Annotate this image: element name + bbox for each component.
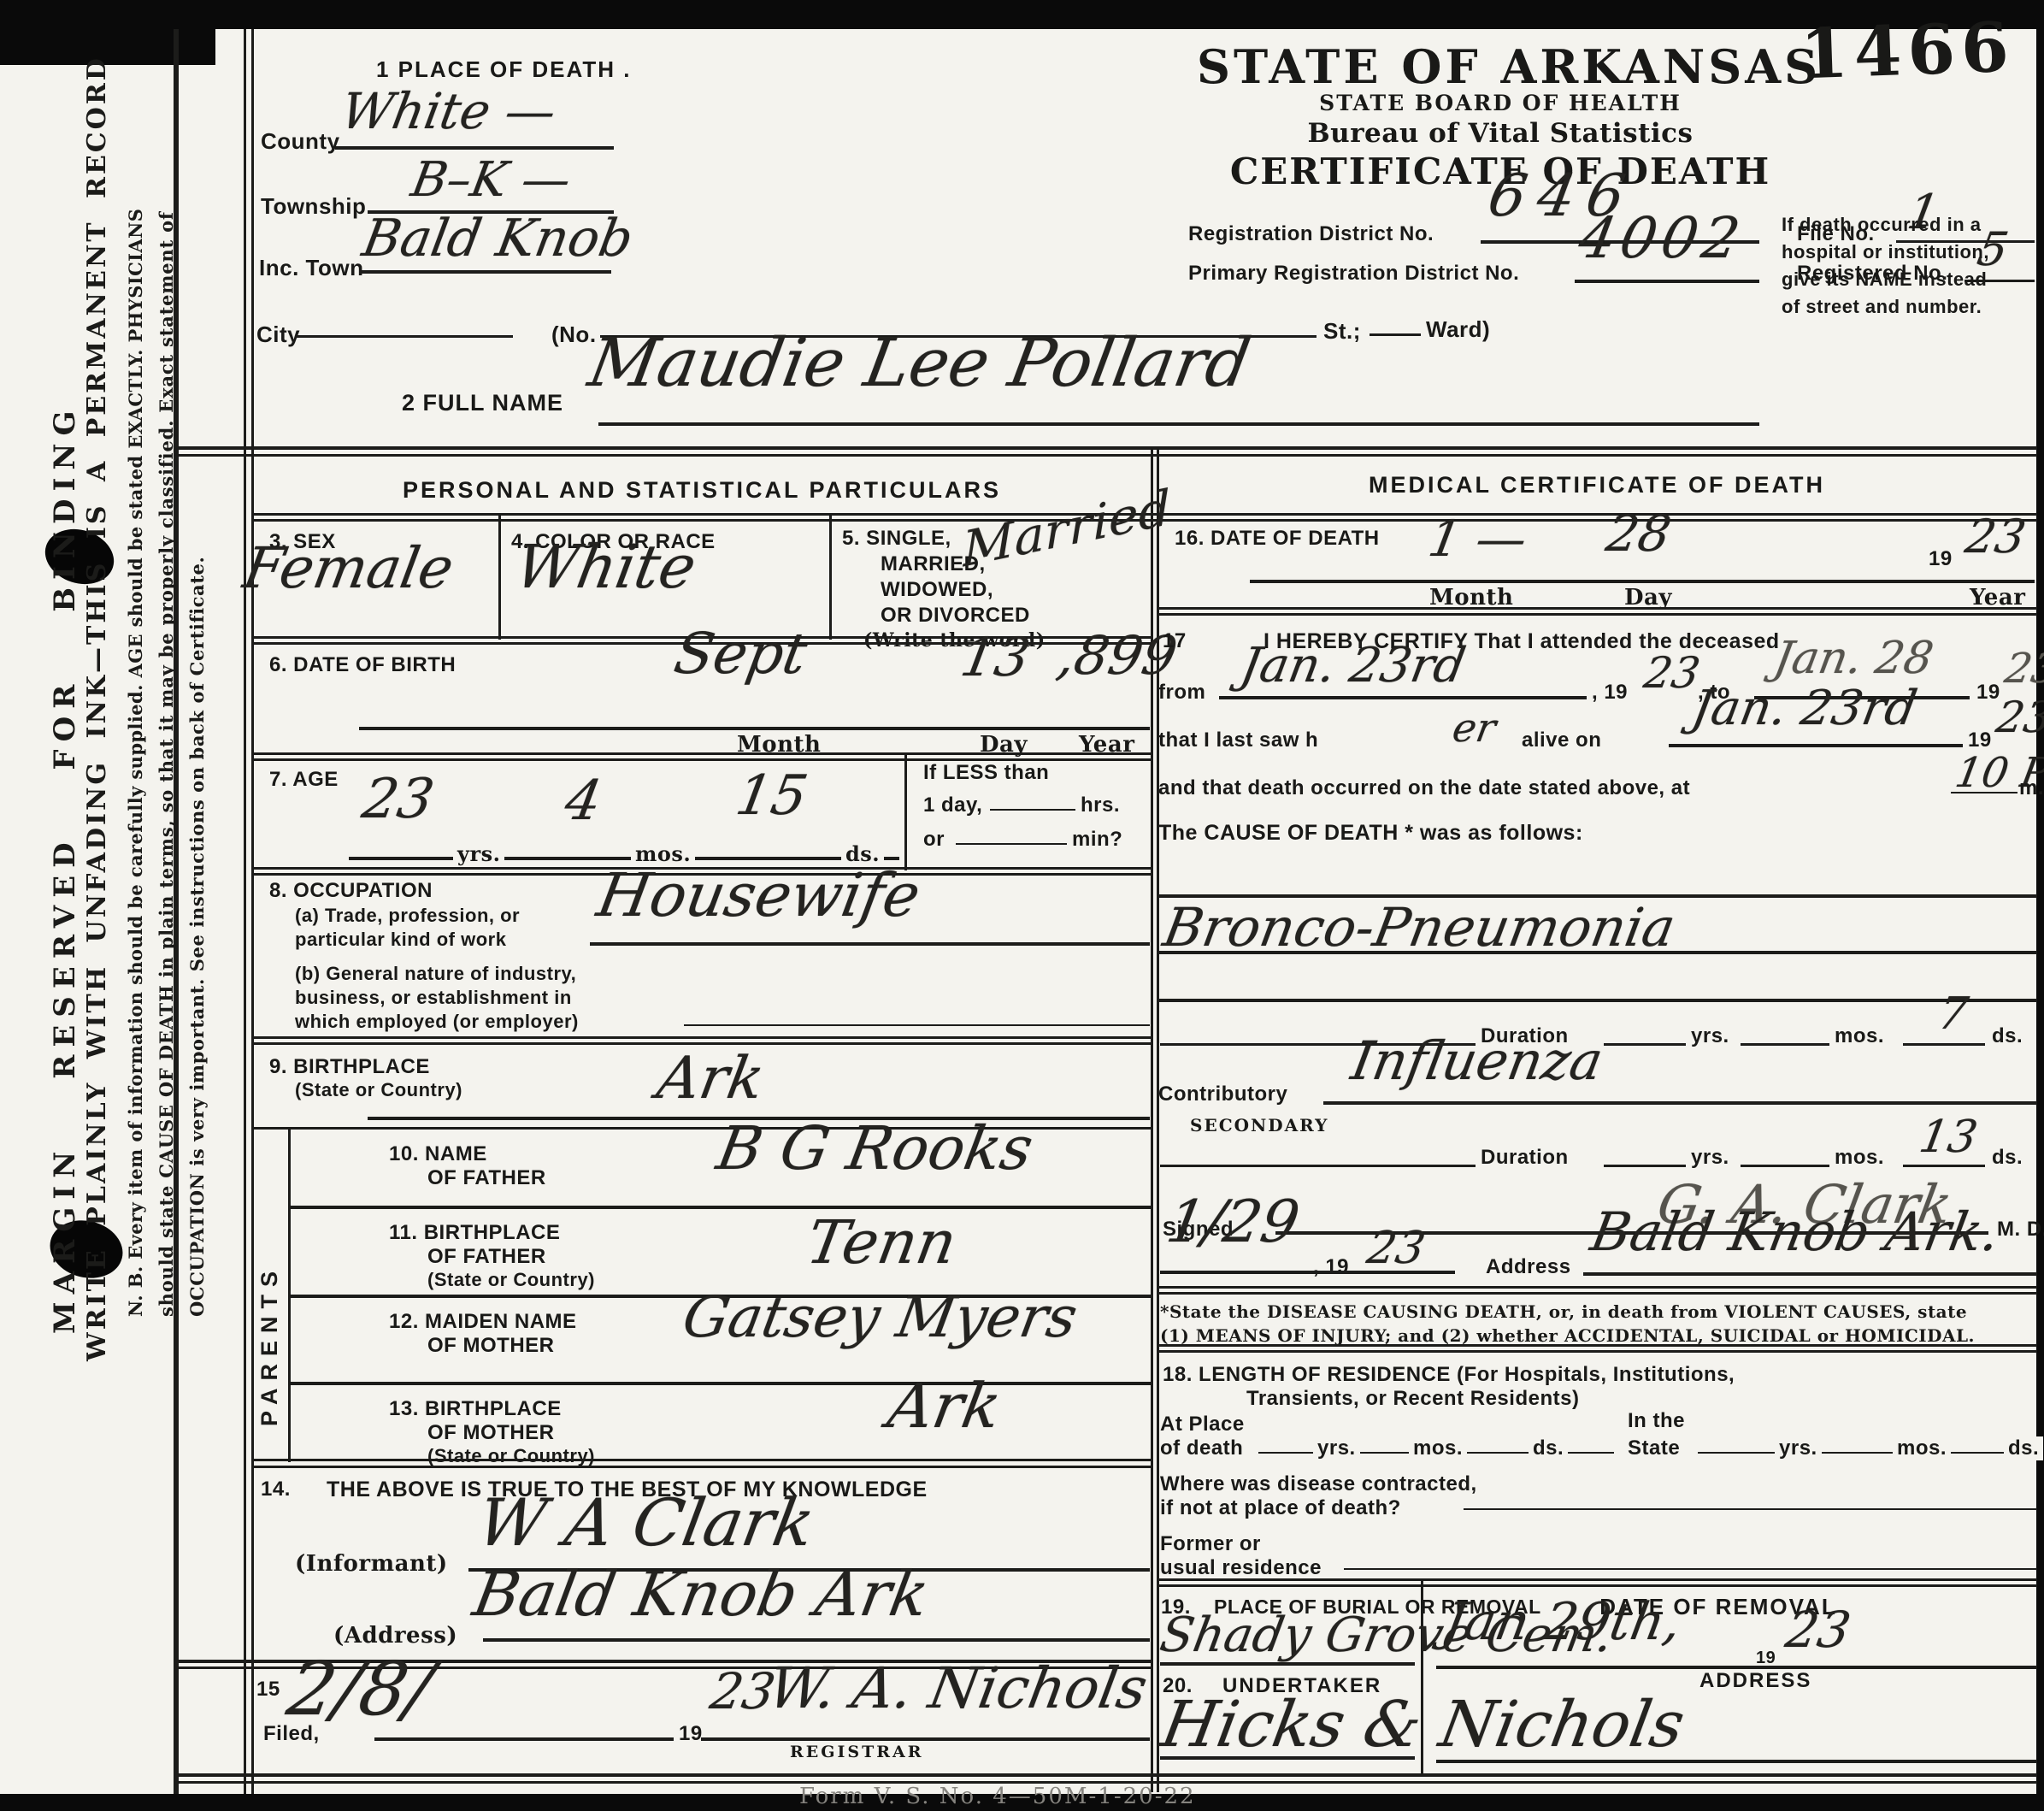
marital-label-4: OR DIVORCED — [881, 604, 1030, 628]
township-entry: B–K — — [407, 152, 574, 208]
alive-on-label: alive on — [1522, 729, 1601, 752]
inc-town-label: Inc. Town — [259, 255, 363, 281]
duration-line — [1604, 1043, 1686, 1046]
board-title: STATE BOARD OF HEALTH — [1197, 91, 1804, 115]
primary-district-line — [1575, 280, 1759, 283]
duration-ds-label: ds. — [1992, 1024, 2023, 1048]
signed-year-prefix: , 19 — [1313, 1255, 1349, 1279]
undertaker-address-label: ADDRESS — [1699, 1669, 1811, 1693]
form-double-border-a — [244, 29, 246, 1794]
at-place-ds-label: ds. — [1529, 1436, 1568, 1460]
mother-name-entry: Gatsey Myers — [678, 1284, 1082, 1350]
hospital-note-line1: If death occurred in a — [1782, 214, 1982, 236]
street-label: St.; — [1323, 318, 1361, 345]
hospital-note-line3: give its NAME instead — [1782, 268, 1987, 291]
last-seen-entry: Jan. 23rd — [1688, 681, 1921, 736]
section-divider — [174, 454, 2037, 457]
last-year-entry: 23 — [1993, 693, 2044, 742]
occupation-label: 8. OCCUPATION — [269, 879, 433, 903]
at-place-yrs-label: yrs. — [1313, 1436, 1360, 1460]
township-label: Township — [261, 193, 366, 220]
father-name-label-1: 10. NAME — [389, 1142, 487, 1166]
informant-entry: W A Clark — [472, 1484, 820, 1560]
occupation-a-label-1: (a) Trade, profession, or — [295, 905, 520, 927]
duration2-label: Duration — [1481, 1146, 1569, 1170]
undertaker-address-line — [1436, 1760, 2037, 1763]
filed-line — [374, 1737, 674, 1741]
dod-year-entry: 23 — [1961, 510, 2029, 563]
registrar-line — [701, 1737, 1150, 1741]
contributory-line — [1323, 1101, 2037, 1105]
residence-line — [1698, 1452, 2037, 1454]
marital-label-1: 5. SINGLE, — [842, 527, 951, 551]
contributory-entry: Influenza — [1347, 1029, 1608, 1092]
min-label: min? — [1072, 828, 1122, 852]
certificate-stamp-number: 1466 — [1799, 7, 2016, 95]
margin-permanent-note: WRITE PLAINLY WITH UNFADING INK—THIS IS … — [82, 56, 112, 1361]
cause-line — [1157, 951, 2037, 954]
occupation-b-label-2: business, or establishment in — [295, 987, 572, 1009]
min-line — [956, 843, 1067, 845]
street-line — [1370, 333, 1421, 336]
death-certificate-scan: MARGIN RESERVED FOR BINDING WRITE PLAINL… — [0, 0, 2044, 1811]
medical-section-title: MEDICAL CERTIFICATE OF DEATH — [1157, 472, 2037, 498]
row-rule — [1157, 1584, 2037, 1587]
attended-from-line — [1219, 696, 1587, 699]
filed-date-entry: 2/8/ — [281, 1647, 439, 1732]
in-state-yrs-label: yrs. — [1775, 1436, 1822, 1460]
informant-label: (Informant) — [295, 1551, 448, 1577]
occupation-b-label-3: which employed (or employer) — [295, 1011, 579, 1033]
full-name-label: 2 FULL NAME — [402, 390, 563, 416]
registration-district-label: Registration District No. — [1188, 222, 1434, 246]
former-label-2: usual residence — [1160, 1556, 1322, 1580]
contracted-label-2: if not at place of death? — [1160, 1496, 1401, 1520]
contributory-duration-days-entry: 13 — [1916, 1112, 1982, 1163]
row-rule — [1157, 1578, 2037, 1581]
signed-date-entry: 1/29 — [1162, 1189, 1305, 1256]
duration-line — [1604, 1165, 1686, 1167]
row-rule — [251, 1036, 1151, 1039]
duration-line — [1741, 1043, 1829, 1046]
personal-section-title: PERSONAL AND STATISTICAL PARTICULARS — [254, 477, 1150, 504]
full-name-entry: Maudie Lee Pollard — [583, 325, 1256, 402]
father-bp-label-2: OF FATHER — [427, 1245, 546, 1269]
section-divider — [174, 446, 2037, 450]
parents-row-line — [288, 1382, 1151, 1385]
contracted-line — [1464, 1508, 2037, 1510]
at-place-mos-label: mos. — [1409, 1436, 1467, 1460]
bottom-rule — [174, 1773, 2037, 1777]
father-name-label-2: OF FATHER — [427, 1166, 546, 1190]
registrar-signature: W. A. Nichols — [763, 1655, 1152, 1721]
scan-edge-top — [0, 0, 2044, 29]
row-rule — [1157, 1286, 2037, 1289]
duration-line — [1903, 1043, 1985, 1046]
bureau-title: Bureau of Vital Statistics — [1197, 118, 1804, 149]
birthplace-sub-label: (State or Country) — [295, 1079, 462, 1101]
primary-district-entry: 4002 — [1574, 205, 1750, 271]
burial-line — [1160, 1662, 1415, 1666]
death-time-line — [1951, 792, 2017, 793]
s14-number: 14. — [261, 1478, 291, 1501]
duration-line — [1160, 1165, 1476, 1167]
residence-label-1: 18. LENGTH OF RESIDENCE (For Hospitals, … — [1163, 1363, 1735, 1387]
marital-label-3: WIDOWED, — [881, 578, 993, 602]
cell-divider — [904, 752, 907, 870]
form-double-border-b — [251, 29, 254, 1794]
footnote-line2: (1) MEANS OF INJURY; and (2) whether ACC… — [1160, 1325, 1975, 1346]
footnote-line1: *State the DISEASE CAUSING DEATH, or, in… — [1160, 1301, 1967, 1322]
cause-duration-days-entry: 7 — [1935, 988, 1972, 1040]
cause-entry: Bronco-Pneumonia — [1159, 896, 1680, 959]
last-saw-label: that I last saw h — [1158, 729, 1318, 752]
birthplace-entry: Ark — [652, 1045, 769, 1112]
age-years-entry: 23 — [357, 768, 438, 831]
in-state-ds-label: ds. — [2004, 1436, 2043, 1460]
mother-name-label-1: 12. MAIDEN NAME — [389, 1310, 577, 1334]
row-rule — [1157, 613, 2037, 616]
row-rule — [1157, 1292, 2037, 1295]
hrs-line — [990, 809, 1075, 811]
state-label: State — [1628, 1436, 1680, 1460]
occupation-a-line — [590, 942, 1150, 946]
father-name-entry: B G Rooks — [712, 1113, 1039, 1183]
md-label: M. D. — [1997, 1218, 2044, 1242]
dod-month-entry: 1 — — [1424, 510, 1531, 568]
dob-label: 6. DATE OF BIRTH — [269, 653, 456, 677]
mother-bp-label-1: 13. BIRTHPLACE — [389, 1397, 562, 1421]
father-bp-label-1: 11. BIRTHPLACE — [389, 1221, 560, 1245]
sex-entry: Female — [239, 535, 458, 601]
row-rule — [251, 1459, 1151, 1461]
mother-bp-label-3: (State or Country) — [427, 1445, 595, 1467]
from-year-prefix: , 19 — [1592, 681, 1628, 705]
age-months-entry: 4 — [560, 770, 606, 833]
hospital-note-line2: hospital or institution, — [1782, 241, 1989, 263]
contributory-label: Contributory — [1158, 1082, 1287, 1106]
row-rule — [251, 1466, 1151, 1468]
last-seen-line — [1669, 744, 1963, 747]
row-rule — [251, 752, 1151, 755]
place-of-death-heading: 1 PLACE OF DEATH . — [376, 56, 631, 83]
dob-line — [359, 727, 1150, 730]
father-bp-label-3: (State or Country) — [427, 1269, 595, 1291]
signed-address-entry: Bald Knob Ark. — [1587, 1200, 2005, 1263]
undertaker-entry: Hicks & Nichols — [1156, 1688, 1689, 1761]
duration2-mos-label: mos. — [1835, 1146, 1884, 1170]
filed-label: Filed, — [263, 1722, 320, 1746]
from-year-entry: 23 — [1641, 648, 1704, 698]
s15-number: 15 — [256, 1678, 280, 1702]
residence-label-2: Transients, or Recent Residents) — [1246, 1387, 1579, 1411]
former-label-1: Former or — [1160, 1532, 1261, 1556]
to-year-entry: 23 — [2001, 645, 2044, 693]
informant-address-entry: Bald Knob Ark — [468, 1558, 934, 1630]
duration-mos-label: mos. — [1835, 1024, 1884, 1048]
informant-address-label: (Address) — [333, 1623, 457, 1649]
row-rule — [1157, 1344, 2037, 1347]
row-rule — [1157, 1350, 2037, 1353]
inc-town-line — [359, 270, 611, 274]
inc-town-entry: Bald Knob — [358, 209, 638, 268]
s17-number: 17 — [1163, 629, 1187, 653]
dod-day-entry: 28 — [1602, 504, 1676, 563]
contracted-label-1: Where was disease contracted, — [1160, 1472, 1477, 1496]
duration2-ds-label: ds. — [1992, 1146, 2023, 1170]
occupation-b-label-1: (b) General nature of industry, — [295, 963, 576, 985]
secondary-label: SECONDARY — [1190, 1115, 1328, 1136]
signed-year-entry: 23 — [1364, 1223, 1429, 1274]
at-place-label-2: of death — [1160, 1436, 1243, 1460]
occupation-a-label-2: particular kind of work — [295, 929, 506, 951]
dob-month-entry: Sept — [669, 621, 812, 687]
dod-year-prefix: 19 — [1929, 547, 1953, 571]
city-line — [295, 335, 513, 338]
mother-bp-entry: Ark — [883, 1370, 1007, 1442]
parents-label: PARENTS — [256, 1264, 283, 1426]
row-rule — [1157, 607, 2037, 610]
parents-row-line — [288, 1206, 1151, 1209]
ward-label: Ward) — [1426, 316, 1490, 343]
form-number: Form V. S. No. 4—50M-1-20-22 — [799, 1784, 1196, 1809]
race-entry: White — [510, 532, 701, 602]
former-line — [1344, 1568, 2037, 1570]
cell-divider — [829, 513, 832, 640]
duration-line — [1741, 1165, 1829, 1167]
cause-line — [1157, 999, 2037, 1002]
occurred-label: and that death occurred on the date stat… — [1158, 776, 1690, 800]
hrs-label: hrs. — [1081, 793, 1120, 817]
cell-divider — [498, 513, 501, 640]
father-bp-entry: Tenn — [802, 1207, 962, 1277]
duration-line — [1903, 1165, 1985, 1167]
county-line — [335, 146, 614, 150]
or-label: or — [923, 828, 945, 852]
less-than-label-1: If LESS than — [923, 761, 1049, 785]
cause-of-death-label: The CAUSE OF DEATH * was as follows: — [1158, 821, 1583, 846]
margin-nb-line2: should state CAUSE OF DEATH in plain ter… — [156, 211, 177, 1317]
duration2-yrs-label: yrs. — [1691, 1146, 1729, 1170]
age-days-entry: 15 — [731, 764, 811, 828]
at-place-label-1: At Place — [1160, 1413, 1245, 1436]
address-label: Address — [1486, 1255, 1571, 1279]
signed-date-line — [1160, 1271, 1455, 1274]
filed-year-prefix: 19 — [679, 1722, 703, 1746]
state-title: STATE OF ARKANSAS — [1197, 39, 1804, 94]
primary-district-label: Primary Registration District No. — [1188, 262, 1519, 286]
mother-bp-label-2: OF MOTHER — [427, 1421, 555, 1445]
duration-yrs-label: yrs. — [1691, 1024, 1729, 1048]
county-label: County — [261, 128, 340, 155]
removal-date-entry: Jan 29th, — [1440, 1592, 1686, 1652]
in-the-label: In the — [1628, 1409, 1685, 1433]
street-no-label: (No. — [551, 321, 597, 348]
signed-address-line — [1583, 1272, 2037, 1276]
dob-day-entry: 13 — [957, 626, 1035, 688]
margin-nb-line1: N. B. Every item of information should b… — [125, 209, 146, 1317]
from-label: from — [1158, 681, 1205, 705]
dod-label: 16. DATE OF DEATH — [1175, 527, 1380, 551]
hospital-note-line4: of street and number. — [1782, 296, 1982, 318]
margin-binding-note: MARGIN RESERVED FOR BINDING — [48, 404, 82, 1335]
city-label: City — [256, 321, 300, 348]
attended-to-entry: Jan. 28 — [1770, 633, 1937, 684]
county-entry: White — — [337, 82, 561, 140]
registrar-label: REGISTRAR — [790, 1743, 924, 1761]
to-year-prefix: 19 — [1976, 681, 2000, 705]
removal-year-entry: 23 — [1782, 1601, 1855, 1659]
occupation-entry: Housewife — [592, 860, 926, 930]
informant-address-line — [483, 1638, 1150, 1642]
undertaker-line — [1160, 1756, 1415, 1760]
in-state-mos-label: mos. — [1893, 1436, 1951, 1460]
mother-name-label-2: OF MOTHER — [427, 1334, 555, 1358]
occupation-b-line — [684, 1024, 1150, 1026]
m-label: m. — [2019, 776, 2044, 800]
scan-edge-right — [2036, 0, 2044, 1811]
her-entry: er — [1449, 705, 1499, 751]
birthplace-label: 9. BIRTHPLACE — [269, 1055, 430, 1079]
age-yrs-caption: yrs. — [453, 841, 504, 866]
full-name-line — [598, 422, 1759, 426]
dod-line — [1250, 580, 2035, 583]
less-than-label-2: 1 day, — [923, 793, 982, 817]
attended-from-entry: Jan. 23rd — [1236, 638, 1470, 693]
age-label: 7. AGE — [269, 768, 339, 792]
margin-nb-line3: OCCUPATION is very important. See instru… — [186, 557, 208, 1317]
